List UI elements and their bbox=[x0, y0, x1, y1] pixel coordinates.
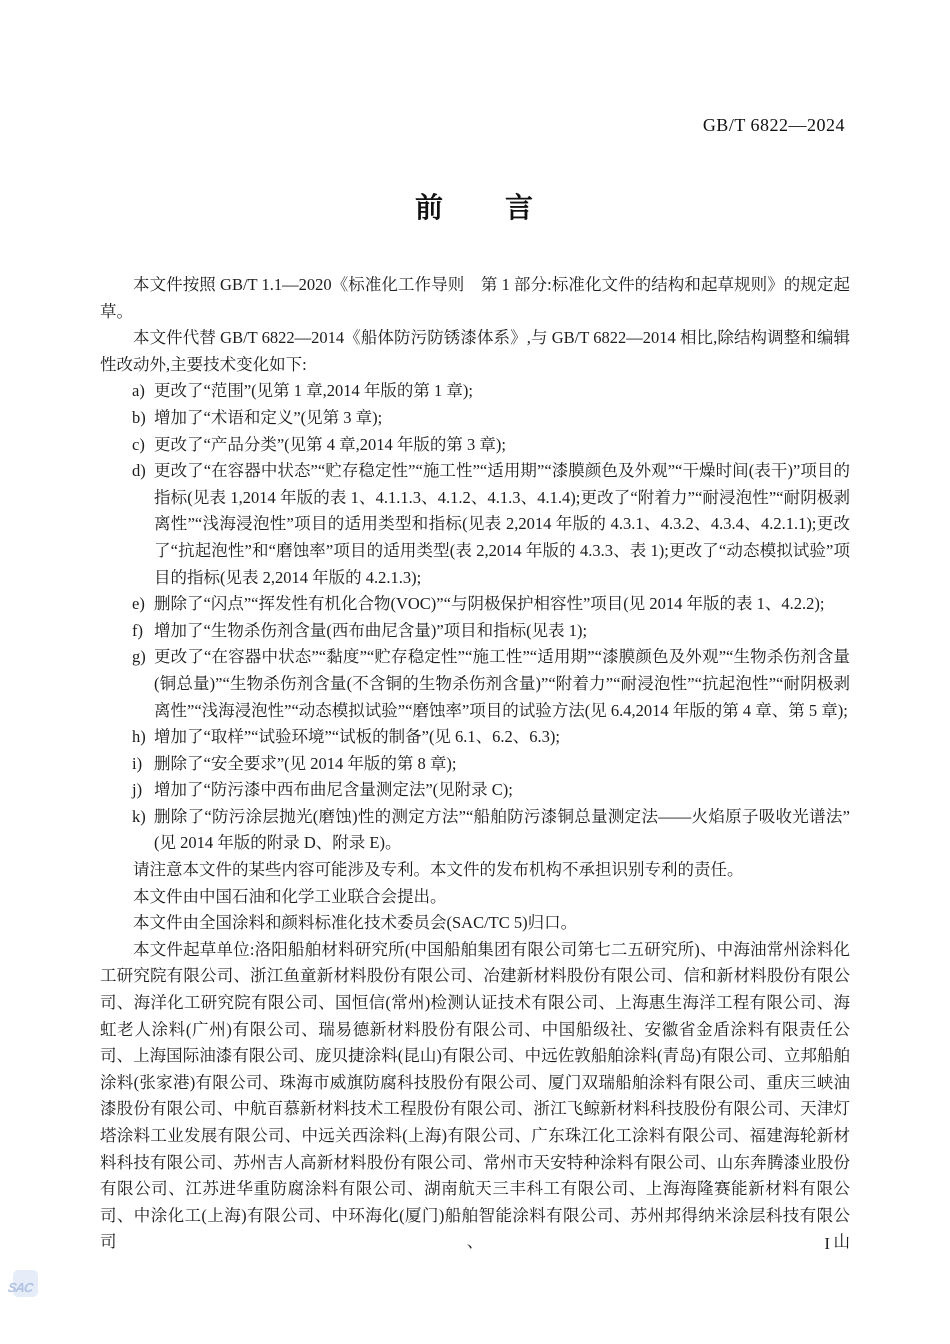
list-item: g) 更改了“在容器中状态”“黏度”“贮存稳定性”“施工性”“适用期”“漆膜颜色… bbox=[100, 644, 850, 724]
list-item-label: k) bbox=[132, 804, 154, 857]
changes-list: a) 更改了“范围”(见第 1 章,2014 年版的第 1 章); b) 增加了… bbox=[100, 378, 850, 857]
page-number: I bbox=[824, 1234, 830, 1254]
list-item-text: 更改了“在容器中状态”“贮存稳定性”“施工性”“适用期”“漆膜颜色及外观”“干燥… bbox=[154, 458, 850, 591]
list-item: f) 增加了“生物杀伤剂含量(西布曲尼含量)”项目和指标(见表 1); bbox=[100, 618, 850, 645]
list-item-label: a) bbox=[132, 378, 154, 405]
list-item-text: 更改了“产品分类”(见第 4 章,2014 年版的第 3 章); bbox=[154, 432, 850, 459]
list-item-label: g) bbox=[132, 644, 154, 724]
list-item-text: 增加了“取样”“试验环境”“试板的制备”(见 6.1、6.2、6.3); bbox=[154, 724, 850, 751]
paragraph-proposed-by: 本文件由中国石油和化学工业联合会提出。 bbox=[100, 884, 850, 911]
list-item-label: i) bbox=[132, 751, 154, 778]
list-item: h) 增加了“取样”“试验环境”“试板的制备”(见 6.1、6.2、6.3); bbox=[100, 724, 850, 751]
list-item-text: 删除了“防污涂层抛光(磨蚀)性的测定方法”“船舶防污漆铜总量测定法——火焰原子吸… bbox=[154, 804, 850, 857]
list-item: i) 删除了“安全要求”(见 2014 年版的第 8 章); bbox=[100, 751, 850, 778]
list-item-text: 删除了“闪点”“挥发性有机化合物(VOC)”“与阴极保护相容性”项目(见 201… bbox=[154, 591, 850, 618]
page-title: 前 言 bbox=[0, 186, 950, 226]
list-item-label: f) bbox=[132, 618, 154, 645]
standard-number: GB/T 6822—2024 bbox=[703, 115, 845, 136]
list-item-label: d) bbox=[132, 458, 154, 591]
sac-logo-text: SAC bbox=[7, 1280, 34, 1295]
list-item: d) 更改了“在容器中状态”“贮存稳定性”“施工性”“适用期”“漆膜颜色及外观”… bbox=[100, 458, 850, 591]
list-item-text: 更改了“范围”(见第 1 章,2014 年版的第 1 章); bbox=[154, 378, 850, 405]
list-item: k) 删除了“防污涂层抛光(磨蚀)性的测定方法”“船舶防污漆铜总量测定法——火焰… bbox=[100, 804, 850, 857]
paragraph-centralized-by: 本文件由全国涂料和颜料标准化技术委员会(SAC/TC 5)归口。 bbox=[100, 910, 850, 937]
list-item: a) 更改了“范围”(见第 1 章,2014 年版的第 1 章); bbox=[100, 378, 850, 405]
list-item: j) 增加了“防污漆中西布曲尼含量测定法”(见附录 C); bbox=[100, 777, 850, 804]
list-item: e) 删除了“闪点”“挥发性有机化合物(VOC)”“与阴极保护相容性”项目(见 … bbox=[100, 591, 850, 618]
paragraph-drafting-units: 本文件起草单位:洛阳船舶材料研究所(中国船舶集团有限公司第七二五研究所)、中海油… bbox=[100, 937, 850, 1256]
document-body: 本文件按照 GB/T 1.1—2020《标准化工作导则 第 1 部分:标准化文件… bbox=[100, 272, 850, 1256]
list-item-label: j) bbox=[132, 777, 154, 804]
list-item-label: b) bbox=[132, 405, 154, 432]
paragraph-patent-notice: 请注意本文件的某些内容可能涉及专利。本文件的发布机构不承担识别专利的责任。 bbox=[100, 857, 850, 884]
sac-watermark: SAC bbox=[8, 1268, 98, 1308]
list-item-text: 增加了“术语和定义”(见第 3 章); bbox=[154, 405, 850, 432]
list-item: b) 增加了“术语和定义”(见第 3 章); bbox=[100, 405, 850, 432]
list-item: c) 更改了“产品分类”(见第 4 章,2014 年版的第 3 章); bbox=[100, 432, 850, 459]
list-item-label: e) bbox=[132, 591, 154, 618]
list-item-label: c) bbox=[132, 432, 154, 459]
document-page: GB/T 6822—2024 前 言 本文件按照 GB/T 1.1—2020《标… bbox=[0, 0, 950, 1344]
list-item-text: 删除了“安全要求”(见 2014 年版的第 8 章); bbox=[154, 751, 850, 778]
paragraph-drafted-per: 本文件按照 GB/T 1.1—2020《标准化工作导则 第 1 部分:标准化文件… bbox=[100, 272, 850, 325]
paragraph-replaces: 本文件代替 GB/T 6822—2014《船体防污防锈漆体系》,与 GB/T 6… bbox=[100, 325, 850, 378]
list-item-text: 增加了“防污漆中西布曲尼含量测定法”(见附录 C); bbox=[154, 777, 850, 804]
list-item-text: 更改了“在容器中状态”“黏度”“贮存稳定性”“施工性”“适用期”“漆膜颜色及外观… bbox=[154, 644, 850, 724]
list-item-label: h) bbox=[132, 724, 154, 751]
list-item-text: 增加了“生物杀伤剂含量(西布曲尼含量)”项目和指标(见表 1); bbox=[154, 618, 850, 645]
